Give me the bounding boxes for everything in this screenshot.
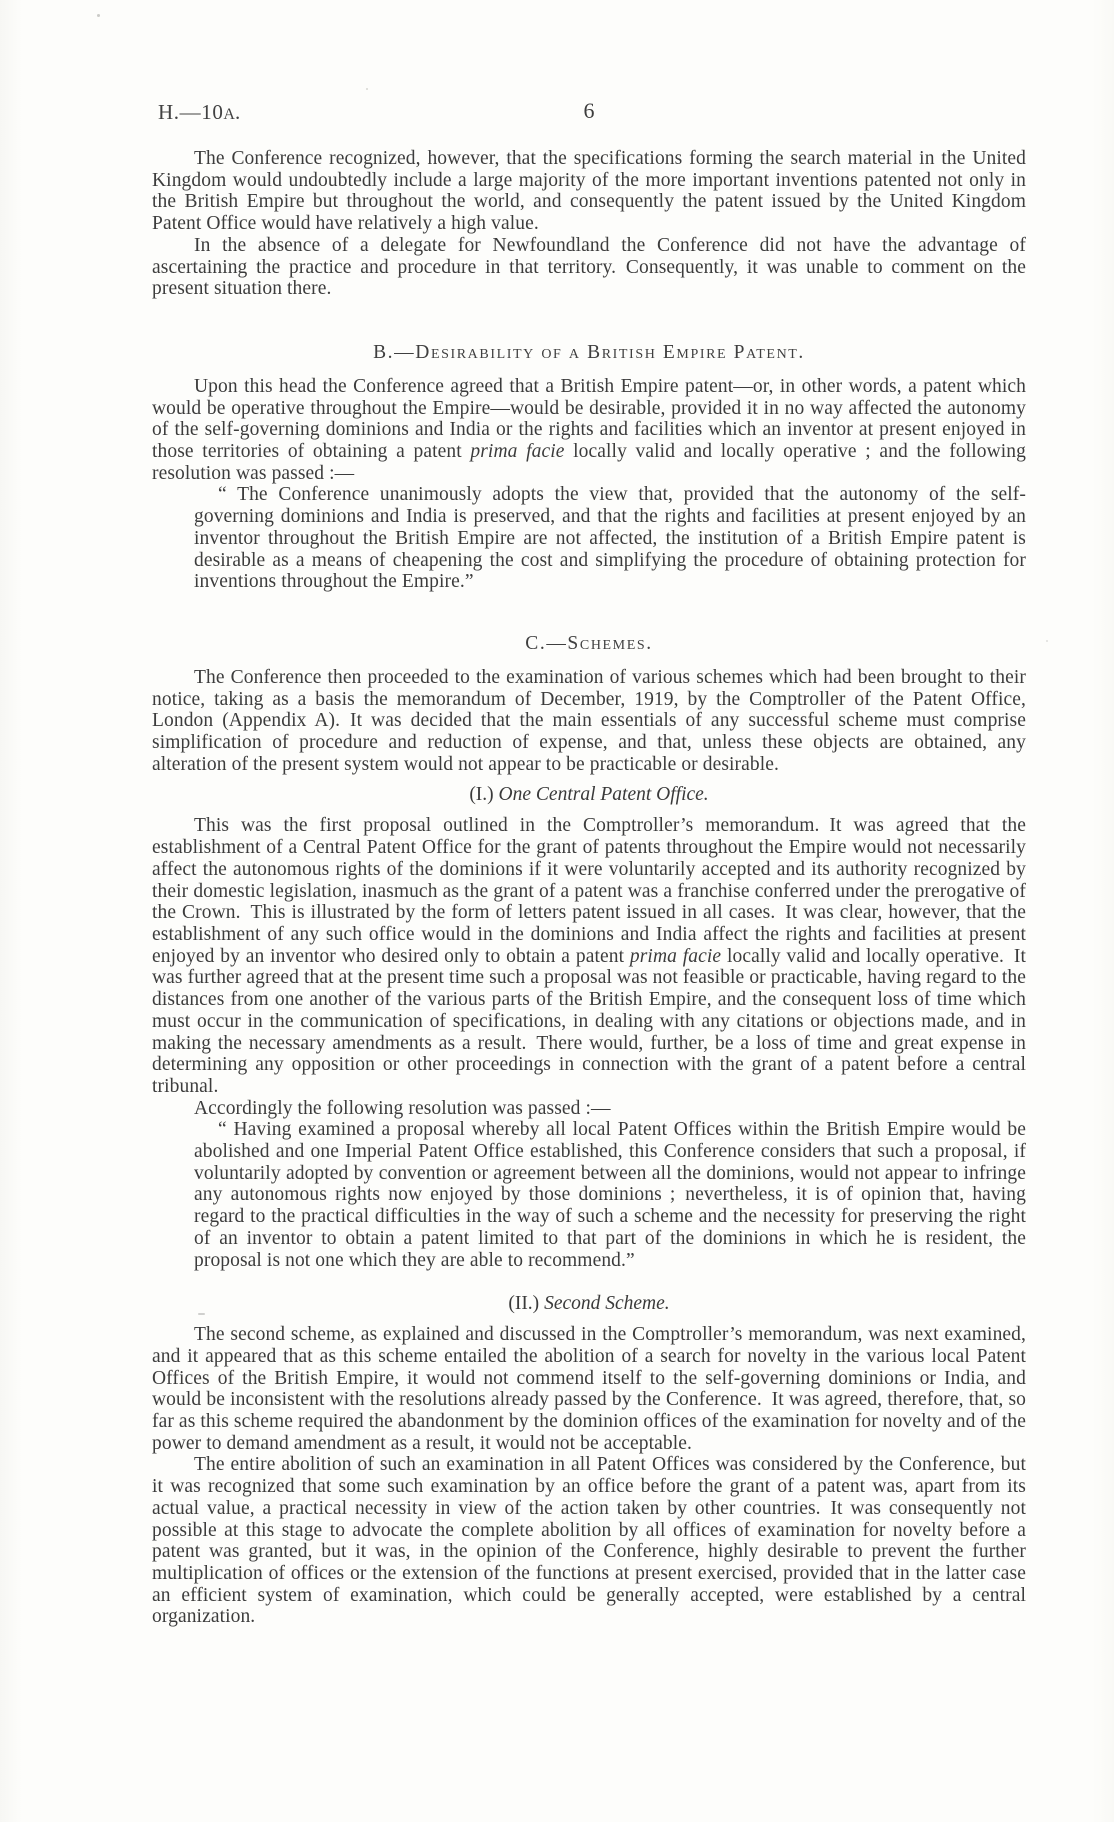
subheading-label: (I.) [469, 784, 498, 805]
paragraph-upon-this-head: Upon this head the Conference agreed tha… [152, 376, 1026, 485]
latin-term: prima facie [630, 946, 721, 967]
document-page: H.—10A. 6 The Conference recognized, how… [0, 0, 1114, 1822]
resolution-quote-british-empire-patent: “ The Conference unanimously adopts the … [194, 484, 1026, 593]
paragraph-accordingly-resolution: Accordingly the following resolution was… [152, 1098, 1026, 1120]
paragraph-conference-recognized: The Conference recognized, however, that… [152, 148, 1026, 235]
paragraph-newfoundland: In the absence of a delegate for Newfoun… [152, 235, 1026, 300]
doc-ref-prefix: H.—10 [158, 100, 223, 124]
text-segment: locally valid and locally operative. It … [152, 946, 1026, 1097]
page-number: 6 [152, 98, 1026, 124]
resolution-quote-imperial-patent-office: “ Having examined a proposal whereby all… [194, 1119, 1026, 1271]
doc-ref-small-cap: A [223, 106, 235, 123]
subheading-label: (II.) [508, 1293, 544, 1314]
doc-ref-suffix: . [235, 100, 241, 124]
subheading-one-central-patent-office: (I.) One Central Patent Office. [152, 784, 1026, 806]
page-header: H.—10A. 6 [152, 98, 1026, 128]
subheading-title: Second Scheme. [544, 1293, 670, 1314]
section-c-heading: C.—Schemes. [152, 633, 1026, 655]
subheading-second-scheme: (II.) Second Scheme. [152, 1293, 1026, 1315]
paragraph-second-scheme: The second scheme, as explained and disc… [152, 1324, 1026, 1454]
scan-speck [97, 14, 100, 17]
paragraph-examination-of-schemes: The Conference then proceeded to the exa… [152, 667, 1026, 776]
section-b-heading: B.—Desirability of a British Empire Pate… [152, 342, 1026, 364]
latin-term: prima facie [470, 441, 564, 462]
scan-speck [366, 88, 368, 90]
paragraph-entire-abolition: The entire abolition of such an examinat… [152, 1454, 1026, 1628]
paragraph-first-proposal: This was the first proposal outlined in … [152, 815, 1026, 1097]
scan-speck [1046, 640, 1048, 642]
scan-speck [198, 1313, 205, 1315]
text-segment: This was the first proposal outlined in … [152, 815, 1026, 966]
document-reference: H.—10A. [158, 100, 241, 125]
subheading-title: One Central Patent Office. [499, 784, 709, 805]
